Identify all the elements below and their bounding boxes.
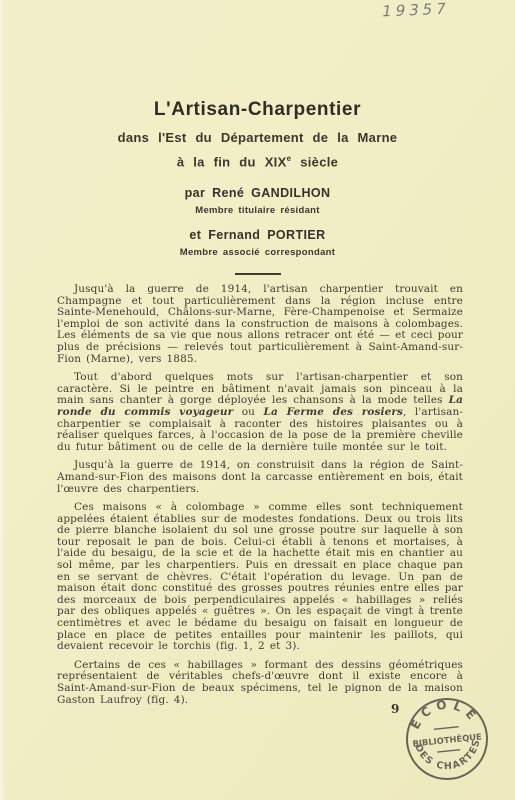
page-title: L'Artisan-Charpentier [0, 99, 515, 121]
author-2-role: Membre associé correspondant [0, 247, 515, 258]
paragraph: Jusqu'à la guerre de 1914, on construisi… [57, 460, 463, 495]
paragraph-text: Tout d'abord quelques mots sur l'artisan… [57, 371, 463, 406]
scanned-page: 19357 L'Artisan-Charpentier dans l'Est d… [0, 0, 515, 800]
italic-book-title: La Ferme des rosiers [263, 406, 403, 418]
subtitle-line-2-text: à la fin du XIX [177, 154, 287, 169]
paragraph-text: Ces maisons « à colombage » comme elles … [57, 501, 463, 652]
author-1: par René GANDILHON [0, 186, 515, 200]
header-divider [235, 273, 281, 275]
stamp-upper-rule [434, 727, 459, 730]
paragraph-text: Jusqu'à la guerre de 1914, l'artisan cha… [57, 283, 463, 365]
subtitle-line-1: dans l'Est du Département de la Marne [0, 130, 515, 145]
author-1-role: Membre titulaire résidant [0, 205, 515, 216]
author-2: et Fernand PORTIER [0, 228, 515, 242]
paragraph: Tout d'abord quelques mots sur l'artisan… [57, 372, 463, 453]
subtitle-line-2: à la fin du XIXe siècle [0, 154, 515, 169]
article-header: L'Artisan-Charpentier dans l'Est du Dépa… [0, 99, 515, 275]
stamp-lower-rule [437, 750, 460, 752]
paragraph: Jusqu'à la guerre de 1914, l'artisan cha… [57, 284, 463, 365]
paragraph-text: ou [233, 406, 263, 418]
paragraph: Ces maisons « à colombage » comme elles … [57, 502, 463, 653]
library-stamp: ECOLE BIBLIOTHÈQUE DES CHARTES [395, 687, 498, 790]
handwritten-accession-number: 19357 [381, 0, 452, 21]
subtitle-line-2-end: siècle [291, 154, 338, 169]
paragraph-text: Jusqu'à la guerre de 1914, on construisi… [57, 459, 463, 494]
body-paragraphs: Jusqu'à la guerre de 1914, l'artisan cha… [57, 284, 463, 713]
